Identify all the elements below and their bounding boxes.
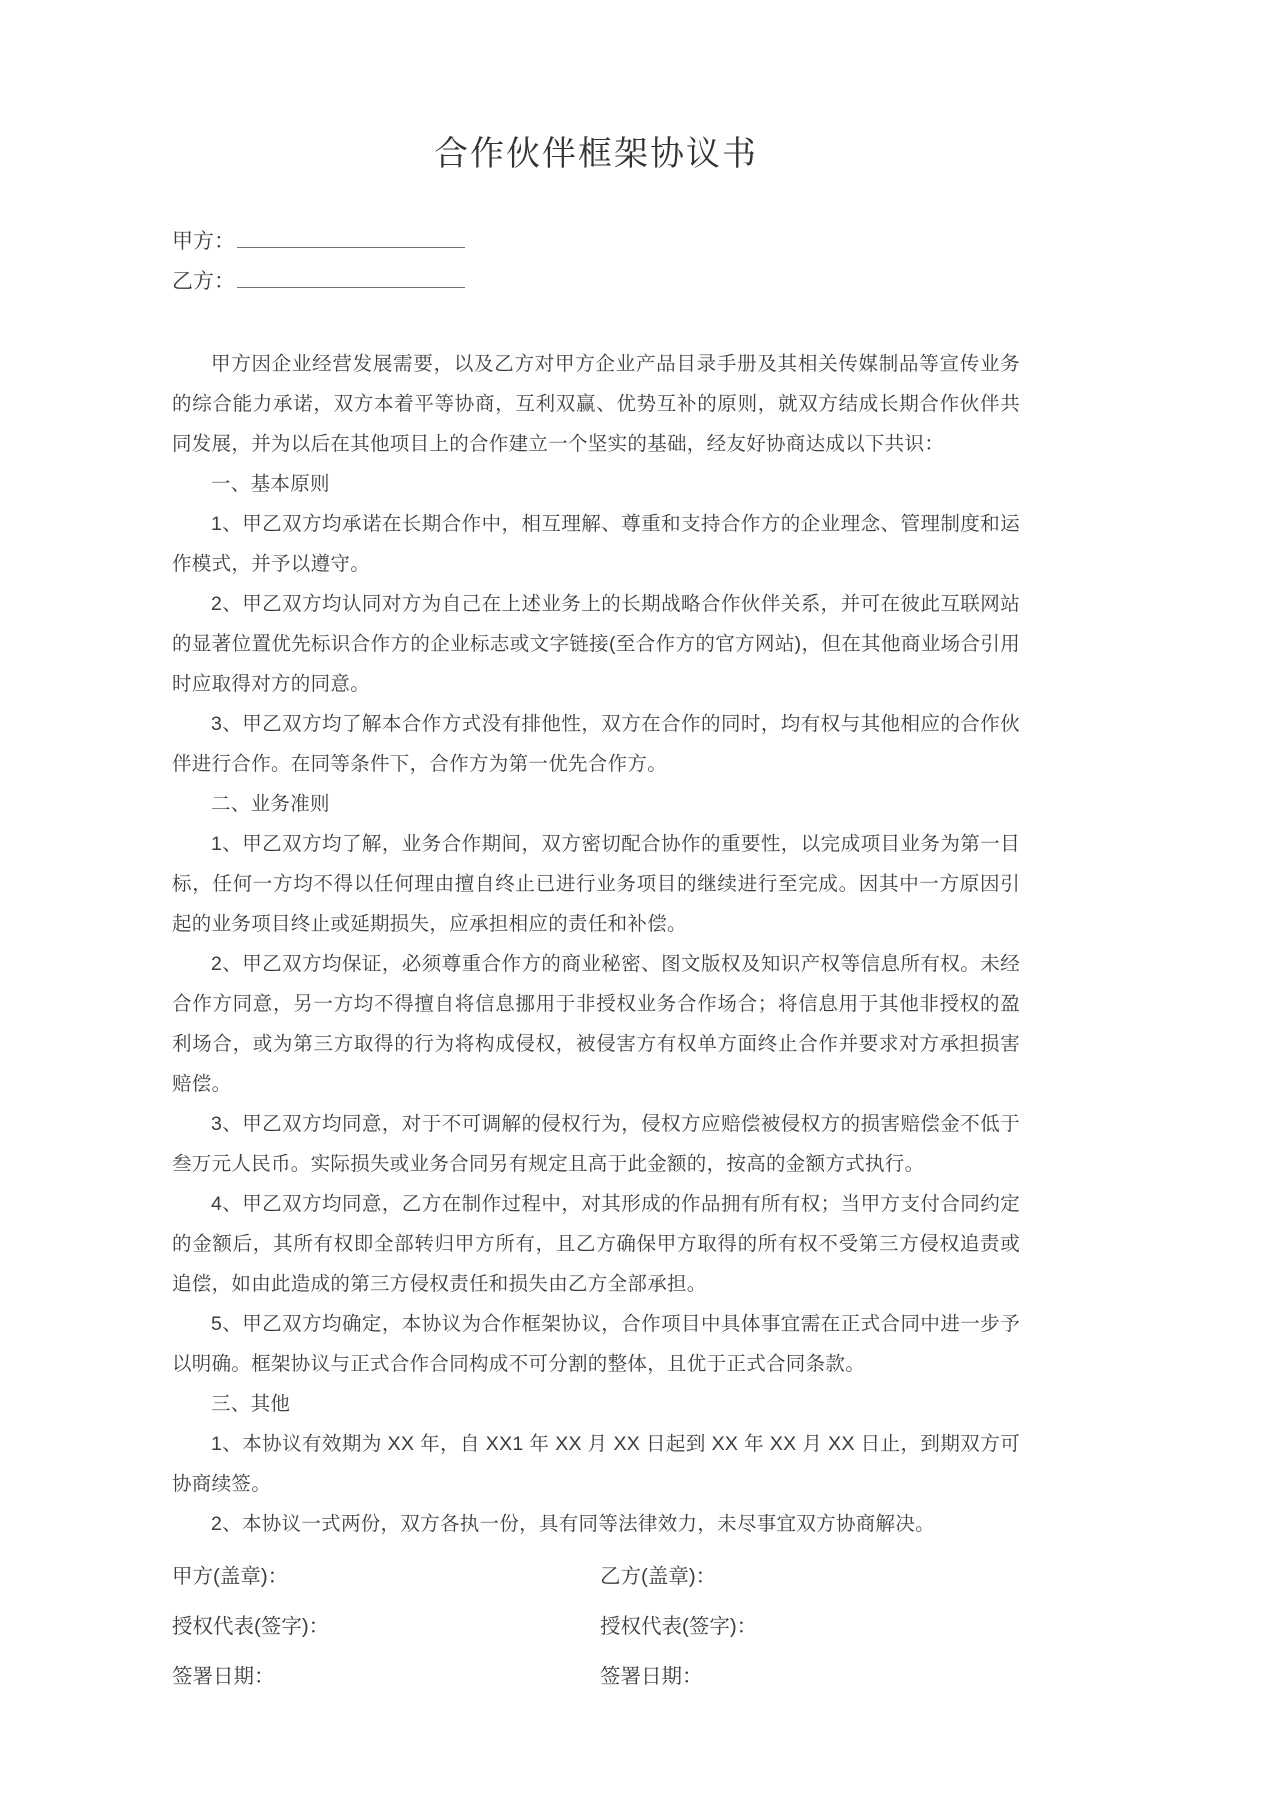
party-a-representative-label: 授权代表(签字)：	[172, 1614, 600, 1640]
section-2-item-3: 3、甲乙双方均同意，对于不可调解的侵权行为，侵权方应赔偿被侵权方的损害赔偿金不低…	[172, 1104, 1020, 1184]
party-a-label: 甲方：	[172, 230, 235, 253]
signature-stamp-row: 甲方(盖章)： 乙方(盖章)：	[172, 1564, 1020, 1590]
section-1-item-2: 2、甲乙双方均认同对方为自己在上述业务上的长期战略合作伙伴关系，并可在彼此互联网…	[172, 584, 1020, 704]
section-2-item-5: 5、甲乙双方均确定，本协议为合作框架协议，合作项目中具体事宜需在正式合同中进一步…	[172, 1304, 1020, 1384]
party-a-date-label: 签署日期：	[172, 1664, 600, 1690]
party-a-stamp-label: 甲方(盖章)：	[172, 1564, 600, 1590]
section-1-heading: 一、基本原则	[172, 464, 1020, 504]
section-3-heading: 三、其他	[172, 1384, 1020, 1424]
signature-date-row: 签署日期： 签署日期：	[172, 1664, 1020, 1690]
section-2-heading: 二、业务准则	[172, 784, 1020, 824]
section-1-item-1: 1、甲乙双方均承诺在长期合作中，相互理解、尊重和支持合作方的企业理念、管理制度和…	[172, 504, 1020, 584]
intro-paragraph: 甲方因企业经营发展需要，以及乙方对甲方企业产品目录手册及其相关传媒制品等宣传业务…	[172, 344, 1020, 464]
document-page: 合作伙伴框架协议书 甲方： 乙方： 甲方因企业经营发展需要，以及乙方对甲方企业产…	[0, 0, 1280, 1811]
section-1-item-3: 3、甲乙双方均了解本合作方式没有排他性，双方在合作的同时，均有权与其他相应的合作…	[172, 704, 1020, 784]
document-body: 甲方因企业经营发展需要，以及乙方对甲方企业产品目录手册及其相关传媒制品等宣传业务…	[172, 344, 1020, 1544]
section-3-item-2: 2、本协议一式两份，双方各执一份，具有同等法律效力，未尽事宜双方协商解决。	[172, 1504, 1020, 1544]
party-b-date-label: 签署日期：	[600, 1664, 1028, 1690]
party-b-blank	[237, 266, 465, 288]
document-title: 合作伙伴框架协议书	[172, 130, 1020, 178]
section-3-item-1: 1、本协议有效期为 XX 年，自 XX1 年 XX 月 XX 日起到 XX 年 …	[172, 1424, 1020, 1504]
section-2-item-4: 4、甲乙双方均同意，乙方在制作过程中，对其形成的作品拥有所有权；当甲方支付合同约…	[172, 1184, 1020, 1304]
party-b-stamp-label: 乙方(盖章)：	[600, 1564, 1028, 1590]
party-b-representative-label: 授权代表(签字)：	[600, 1614, 1028, 1640]
party-b-line: 乙方：	[172, 262, 1020, 302]
party-a-line: 甲方：	[172, 222, 1020, 262]
section-2-item-1: 1、甲乙双方均了解，业务合作期间，双方密切配合协作的重要性，以完成项目业务为第一…	[172, 824, 1020, 944]
signature-representative-row: 授权代表(签字)： 授权代表(签字)：	[172, 1614, 1020, 1640]
signature-block: 甲方(盖章)： 乙方(盖章)： 授权代表(签字)： 授权代表(签字)： 签署日期…	[172, 1564, 1020, 1690]
party-a-blank	[237, 226, 465, 248]
party-b-label: 乙方：	[172, 270, 235, 293]
section-2-item-2: 2、甲乙双方均保证，必须尊重合作方的商业秘密、图文版权及知识产权等信息所有权。未…	[172, 944, 1020, 1104]
